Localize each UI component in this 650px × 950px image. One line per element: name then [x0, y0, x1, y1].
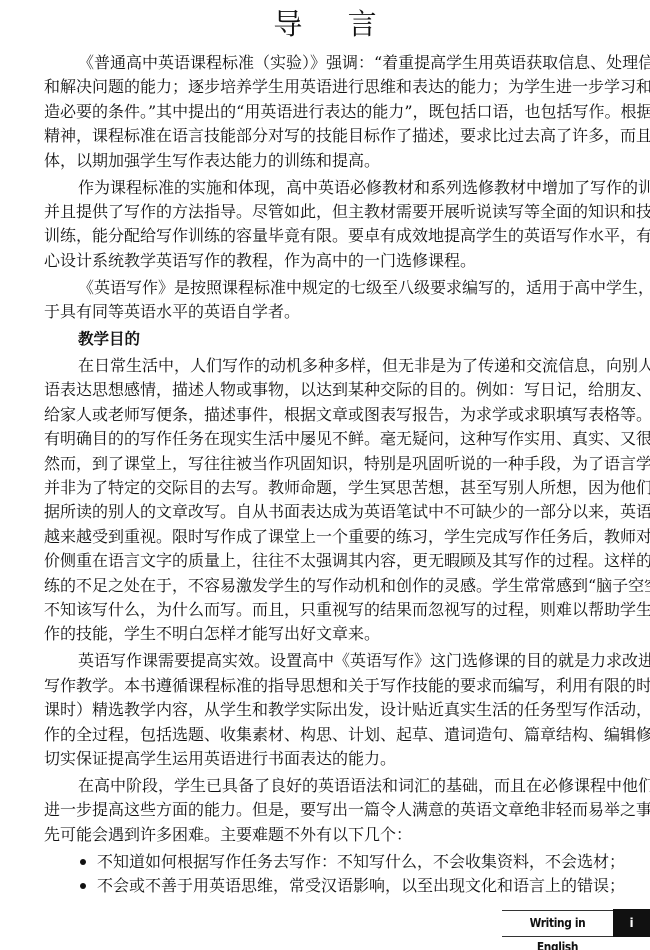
footer-book-title: Writing in English	[510, 911, 604, 935]
list-item: 不会或不善于用英语思维，常受汉语影响，以至出现文化和语言上的错误；	[44, 874, 613, 898]
page-title: 导 言	[0, 6, 650, 42]
text-line: 先可能会遇到许多困难。主要难题不外有以下几个：	[44, 823, 613, 847]
text-line: 越来越受到重视。限时写作成了课堂上一个重要的练习，学生完成写作任务后，教师对作文…	[44, 525, 613, 549]
text-line: 课时）精选教学内容，从学生和教学实际出发，设计贴近真实生活的任务型写作活动，关注…	[44, 698, 613, 722]
document-body: 《普通高中英语课程标准（实验）》强调：“着重提高学生用英语获取信息、处理信息、分…	[44, 51, 613, 898]
list-item-text: 不会或不善于用英语思维，常受汉语影响，以至出现文化和语言上的错误；	[97, 876, 625, 895]
teaching-goals-section: 在日常生活中，人们写作的动机多种多样，但无非是为了传递和交流信息，向别人用书面语…	[44, 354, 613, 847]
text-line: 训练，能分配给写作训练的容量毕竟有限。要卓有成效地提高学生的英语写作水平，有必要…	[44, 224, 613, 248]
paragraph: 在日常生活中，人们写作的动机多种多样，但无非是为了传递和交流信息，向别人用书面语…	[44, 354, 613, 647]
text-line: 作的技能，学生不明白怎样才能写出好文章来。	[44, 622, 613, 646]
text-line: 给家人或老师写便条，描述事件，根据文章或图表写报告，为求学或求职填写表格等。这些…	[44, 403, 613, 427]
text-line: 作的全过程，包括选题、收集素材、构思、计划、起草、遣词造句、篇章结构、编辑修改、…	[44, 723, 613, 747]
text-line: 不知该写什么，为什么而写。而且，只重视写的结果而忽视写的过程，则难以帮助学生培养…	[44, 598, 613, 622]
text-line: 英语写作课需要提高实效。设置高中《英语写作》这门选修课的目的就是力求改进英语	[44, 649, 613, 673]
text-line: 心设计系统教学英语写作的教程，作为高中的一门选修课程。	[44, 249, 613, 273]
text-line: 切实保证提高学生运用英语进行书面表达的能力。	[44, 747, 613, 771]
text-line: 并且提供了写作的方法指导。尽管如此，但主教材需要开展听说读写等全面的知识和技能的	[44, 200, 613, 224]
text-line: 造必要的条件。”其中提出的“用英语进行表达的能力”，既包括口语，也包括写作。根据…	[44, 100, 613, 124]
text-line: 并非为了特定的交际目的去写。教师命题，学生冥思苦想，甚至写别人所想，因为他们经常…	[44, 476, 613, 500]
text-line: 体，以期加强学生写作表达能力的训练和提高。	[44, 149, 613, 173]
paragraph: 在高中阶段，学生已具备了良好的英语语法和词汇的基础，而且在必修课程中他们还会进一…	[44, 774, 613, 847]
text-line: 进一步提高这些方面的能力。但是，要写出一篇令人满意的英语文章绝非轻而易举之事。首	[44, 798, 613, 822]
text-line: 有明确目的的写作任务在现实生活中屡见不鲜。毫无疑问，这种写作实用、真实、又很必要…	[44, 427, 613, 451]
bullet-icon	[80, 883, 86, 889]
paragraph: 《英语写作》是按照课程标准中规定的七级至八级要求编写的，适用于高中学生，也适用于…	[44, 276, 613, 325]
text-line: 精神，课程标准在语言技能部分对写的技能目标作了描述，要求比过去高了许多，而且更加…	[44, 124, 613, 148]
paragraph: 作为课程标准的实施和体现，高中英语必修教材和系列选修教材中增加了写作的训练，并且…	[44, 176, 613, 274]
paragraph: 英语写作课需要提高实效。设置高中《英语写作》这门选修课的目的就是力求改进英语写作…	[44, 649, 613, 771]
text-line: 语表达思想感情，描述人物或事物，以达到某种交际的目的。例如：写日记，给朋友、笔友…	[44, 378, 613, 402]
text-line: 在日常生活中，人们写作的动机多种多样，但无非是为了传递和交流信息，向别人用书面	[44, 354, 613, 378]
paragraph: 《普通高中英语课程标准（实验）》强调：“着重提高学生用英语获取信息、处理信息、分…	[44, 51, 613, 173]
text-line: 写作教学。本书遵循课程标准的指导思想和关于写作技能的要求而编写，利用有限的时间（…	[44, 674, 613, 698]
text-line: 于具有同等英语水平的英语自学者。	[44, 300, 613, 324]
page-footer: Writing in English i	[502, 910, 650, 937]
text-line: 《英语写作》是按照课程标准中规定的七级至八级要求编写的，适用于高中学生，也适用	[44, 276, 613, 300]
text-line: 《普通高中英语课程标准（实验）》强调：“着重提高学生用英语获取信息、处理信息、分…	[44, 51, 613, 75]
text-line: 和解决问题的能力；逐步培养学生用英语进行思维和表达的能力；为学生进一步学习和发展…	[44, 75, 613, 99]
bullet-icon	[80, 859, 86, 865]
difficulty-list: 不知道如何根据写作任务去写作：不知写什么，不会收集资料，不会选材；不会或不善于用…	[44, 850, 613, 899]
text-line: 作为课程标准的实施和体现，高中英语必修教材和系列选修教材中增加了写作的训练，	[44, 176, 613, 200]
text-line: 练的不足之处在于，不容易激发学生的写作动机和创作的灵感。学生常常感到“脑子空空”…	[44, 574, 613, 598]
text-line: 价侧重在语言文字的质量上，往往不太强调其内容，更无暇顾及其写作的过程。这样的写作…	[44, 549, 613, 573]
list-item: 不知道如何根据写作任务去写作：不知写什么，不会收集资料，不会选材；	[44, 850, 613, 874]
text-line: 在高中阶段，学生已具备了良好的英语语法和词汇的基础，而且在必修课程中他们还会	[44, 774, 613, 798]
section-heading: 教学目的	[44, 327, 613, 351]
page-number: i	[613, 909, 650, 937]
text-line: 然而，到了课堂上，写往往被当作巩固知识，特别是巩固听说的一种手段，为了语言学习而…	[44, 452, 613, 476]
list-item-text: 不知道如何根据写作任务去写作：不知写什么，不会收集资料，不会选材；	[97, 852, 625, 871]
text-line: 据所读的别人的文章改写。自从书面表达成为英语笔试中不可缺少的一部分以来，英语写作	[44, 500, 613, 524]
intro-section: 《普通高中英语课程标准（实验）》强调：“着重提高学生用英语获取信息、处理信息、分…	[44, 51, 613, 324]
